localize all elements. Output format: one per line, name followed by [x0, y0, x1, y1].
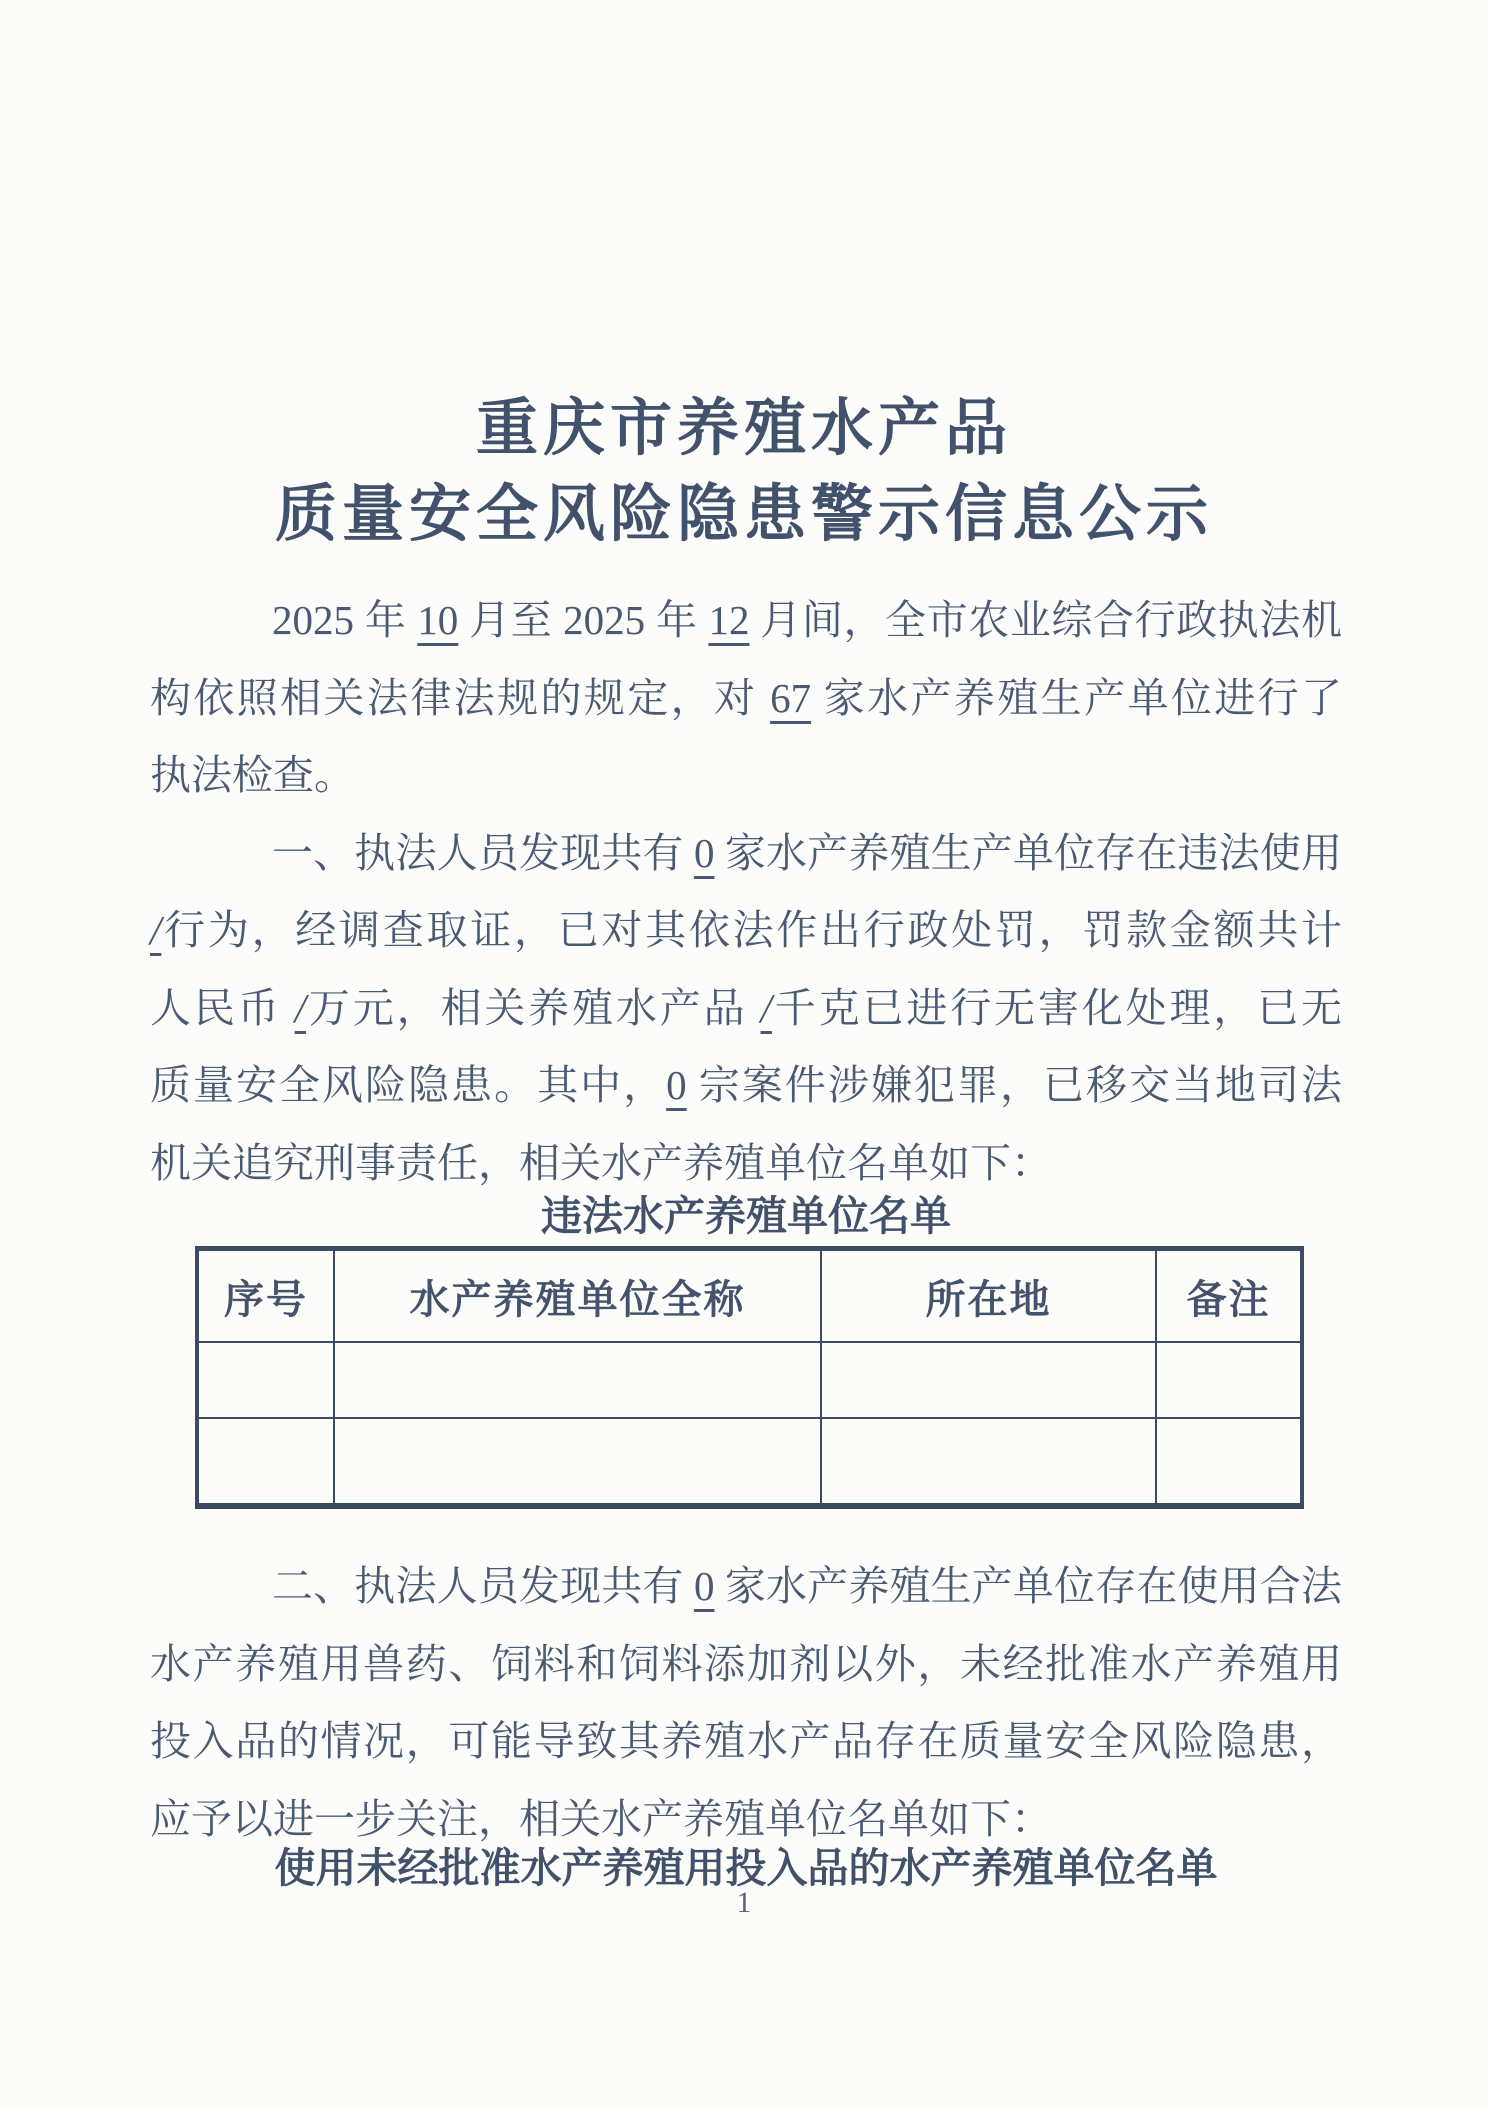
filled-blank-value: 10 — [417, 597, 458, 643]
text-segment: 水产养殖用兽药、饲料和饲料添加剂以外，未经批准水产养殖用 — [150, 1641, 1342, 1687]
text-segment: 质量安全风险隐患。其中， — [150, 1062, 666, 1108]
text-segment: 家水产养殖生产单位存在使用合法 — [714, 1563, 1342, 1609]
text-segment: 构依照相关法律法规的规定，对 — [150, 675, 770, 721]
text-segment: 月至 2025 年 — [458, 597, 708, 643]
text-segment: 应予以进一步关注，相关水产养殖单位名单如下： — [150, 1796, 1052, 1842]
table-cell — [821, 1342, 1156, 1418]
text-segment: 行为，经调查取证，已对其依法作出行政处罚，罚款金额共计 — [161, 907, 1342, 953]
text-line: 投入品的情况，可能导致其养殖水产品存在质量安全风险隐患， — [150, 1703, 1342, 1781]
column-header-index: 序号 — [197, 1249, 334, 1343]
table-cell — [197, 1342, 334, 1418]
table-cell — [1156, 1342, 1302, 1418]
text-line: 构依照相关法律法规的规定，对 67 家水产养殖生产单位进行了 — [150, 660, 1342, 738]
scanned-document-page: 重庆市养殖水产品 质量安全风险隐患警示信息公示 2025 年 10 月至 202… — [0, 0, 1488, 2106]
text-line: 水产养殖用兽药、饲料和饲料添加剂以外，未经批准水产养殖用 — [150, 1626, 1342, 1704]
table-cell — [334, 1342, 821, 1418]
document-title-line1: 重庆市养殖水产品 — [0, 398, 1488, 460]
page-number: 1 — [0, 1886, 1488, 1920]
text-segment: 万元，相关养殖水产品 — [306, 985, 760, 1031]
table-cell — [1156, 1418, 1302, 1506]
text-segment: 机关追究刑事责任，相关水产养殖单位名单如下： — [150, 1140, 1052, 1186]
body-text-before-table: 2025 年 10 月至 2025 年 12 月间，全市农业综合行政执法机构依照… — [150, 582, 1342, 1202]
filled-blank-value: / — [150, 907, 161, 953]
table-header-row: 序号 水产养殖单位全称 所在地 备注 — [197, 1249, 1302, 1343]
text-line: 二、执法人员发现共有 0 家水产养殖生产单位存在使用合法 — [150, 1548, 1342, 1626]
text-line: 质量安全风险隐患。其中，0 宗案件涉嫌犯罪，已移交当地司法 — [150, 1047, 1342, 1125]
text-segment: 一、执法人员发现共有 — [272, 830, 694, 876]
text-segment: 家水产养殖生产单位进行了 — [811, 675, 1342, 721]
body-text-after-table: 二、执法人员发现共有 0 家水产养殖生产单位存在使用合法水产养殖用兽药、饲料和饲… — [150, 1548, 1342, 1858]
text-segment: 二、执法人员发现共有 — [272, 1563, 694, 1609]
text-line: 2025 年 10 月至 2025 年 12 月间，全市农业综合行政执法机 — [150, 582, 1342, 660]
filled-blank-value: 0 — [694, 830, 715, 876]
text-line: 执法检查。 — [150, 737, 1342, 815]
filled-blank-value: 12 — [708, 597, 749, 643]
text-segment: 月间，全市农业综合行政执法机 — [749, 597, 1342, 643]
filled-blank-value: / — [295, 985, 306, 1031]
document-title-line2: 质量安全风险隐患警示信息公示 — [0, 484, 1488, 546]
filled-blank-value: 67 — [770, 675, 811, 721]
table-cell — [821, 1418, 1156, 1506]
column-header-remarks: 备注 — [1156, 1249, 1302, 1343]
text-line: 人民币 /万元，相关养殖水产品 /千克已进行无害化处理，已无 — [150, 970, 1342, 1048]
text-line: /行为，经调查取证，已对其依法作出行政处罚，罚款金额共计 — [150, 892, 1342, 970]
text-segment: 2025 年 — [272, 597, 417, 643]
text-segment: 宗案件涉嫌犯罪，已移交当地司法 — [687, 1062, 1342, 1108]
text-line: 一、执法人员发现共有 0 家水产养殖生产单位存在违法使用 — [150, 815, 1342, 893]
filled-blank-value: / — [761, 985, 772, 1031]
text-segment: 投入品的情况，可能导致其养殖水产品存在质量安全风险隐患， — [150, 1718, 1342, 1764]
text-segment: 人民币 — [150, 985, 295, 1031]
table-row — [197, 1418, 1302, 1506]
column-header-location: 所在地 — [821, 1249, 1156, 1343]
table-cell — [334, 1418, 821, 1506]
text-segment: 千克已进行无害化处理，已无 — [772, 985, 1342, 1031]
filled-blank-value: 0 — [666, 1062, 687, 1108]
table-cell — [197, 1418, 334, 1506]
illegal-units-table-heading: 违法水产养殖单位名单 — [150, 1186, 1342, 1246]
table-row — [197, 1342, 1302, 1418]
filled-blank-value: 0 — [694, 1563, 715, 1609]
illegal-units-table: 序号 水产养殖单位全称 所在地 备注 — [195, 1246, 1304, 1509]
text-segment: 家水产养殖生产单位存在违法使用 — [714, 830, 1342, 876]
column-header-unit-name: 水产养殖单位全称 — [334, 1249, 821, 1343]
text-segment: 执法检查。 — [150, 752, 355, 798]
